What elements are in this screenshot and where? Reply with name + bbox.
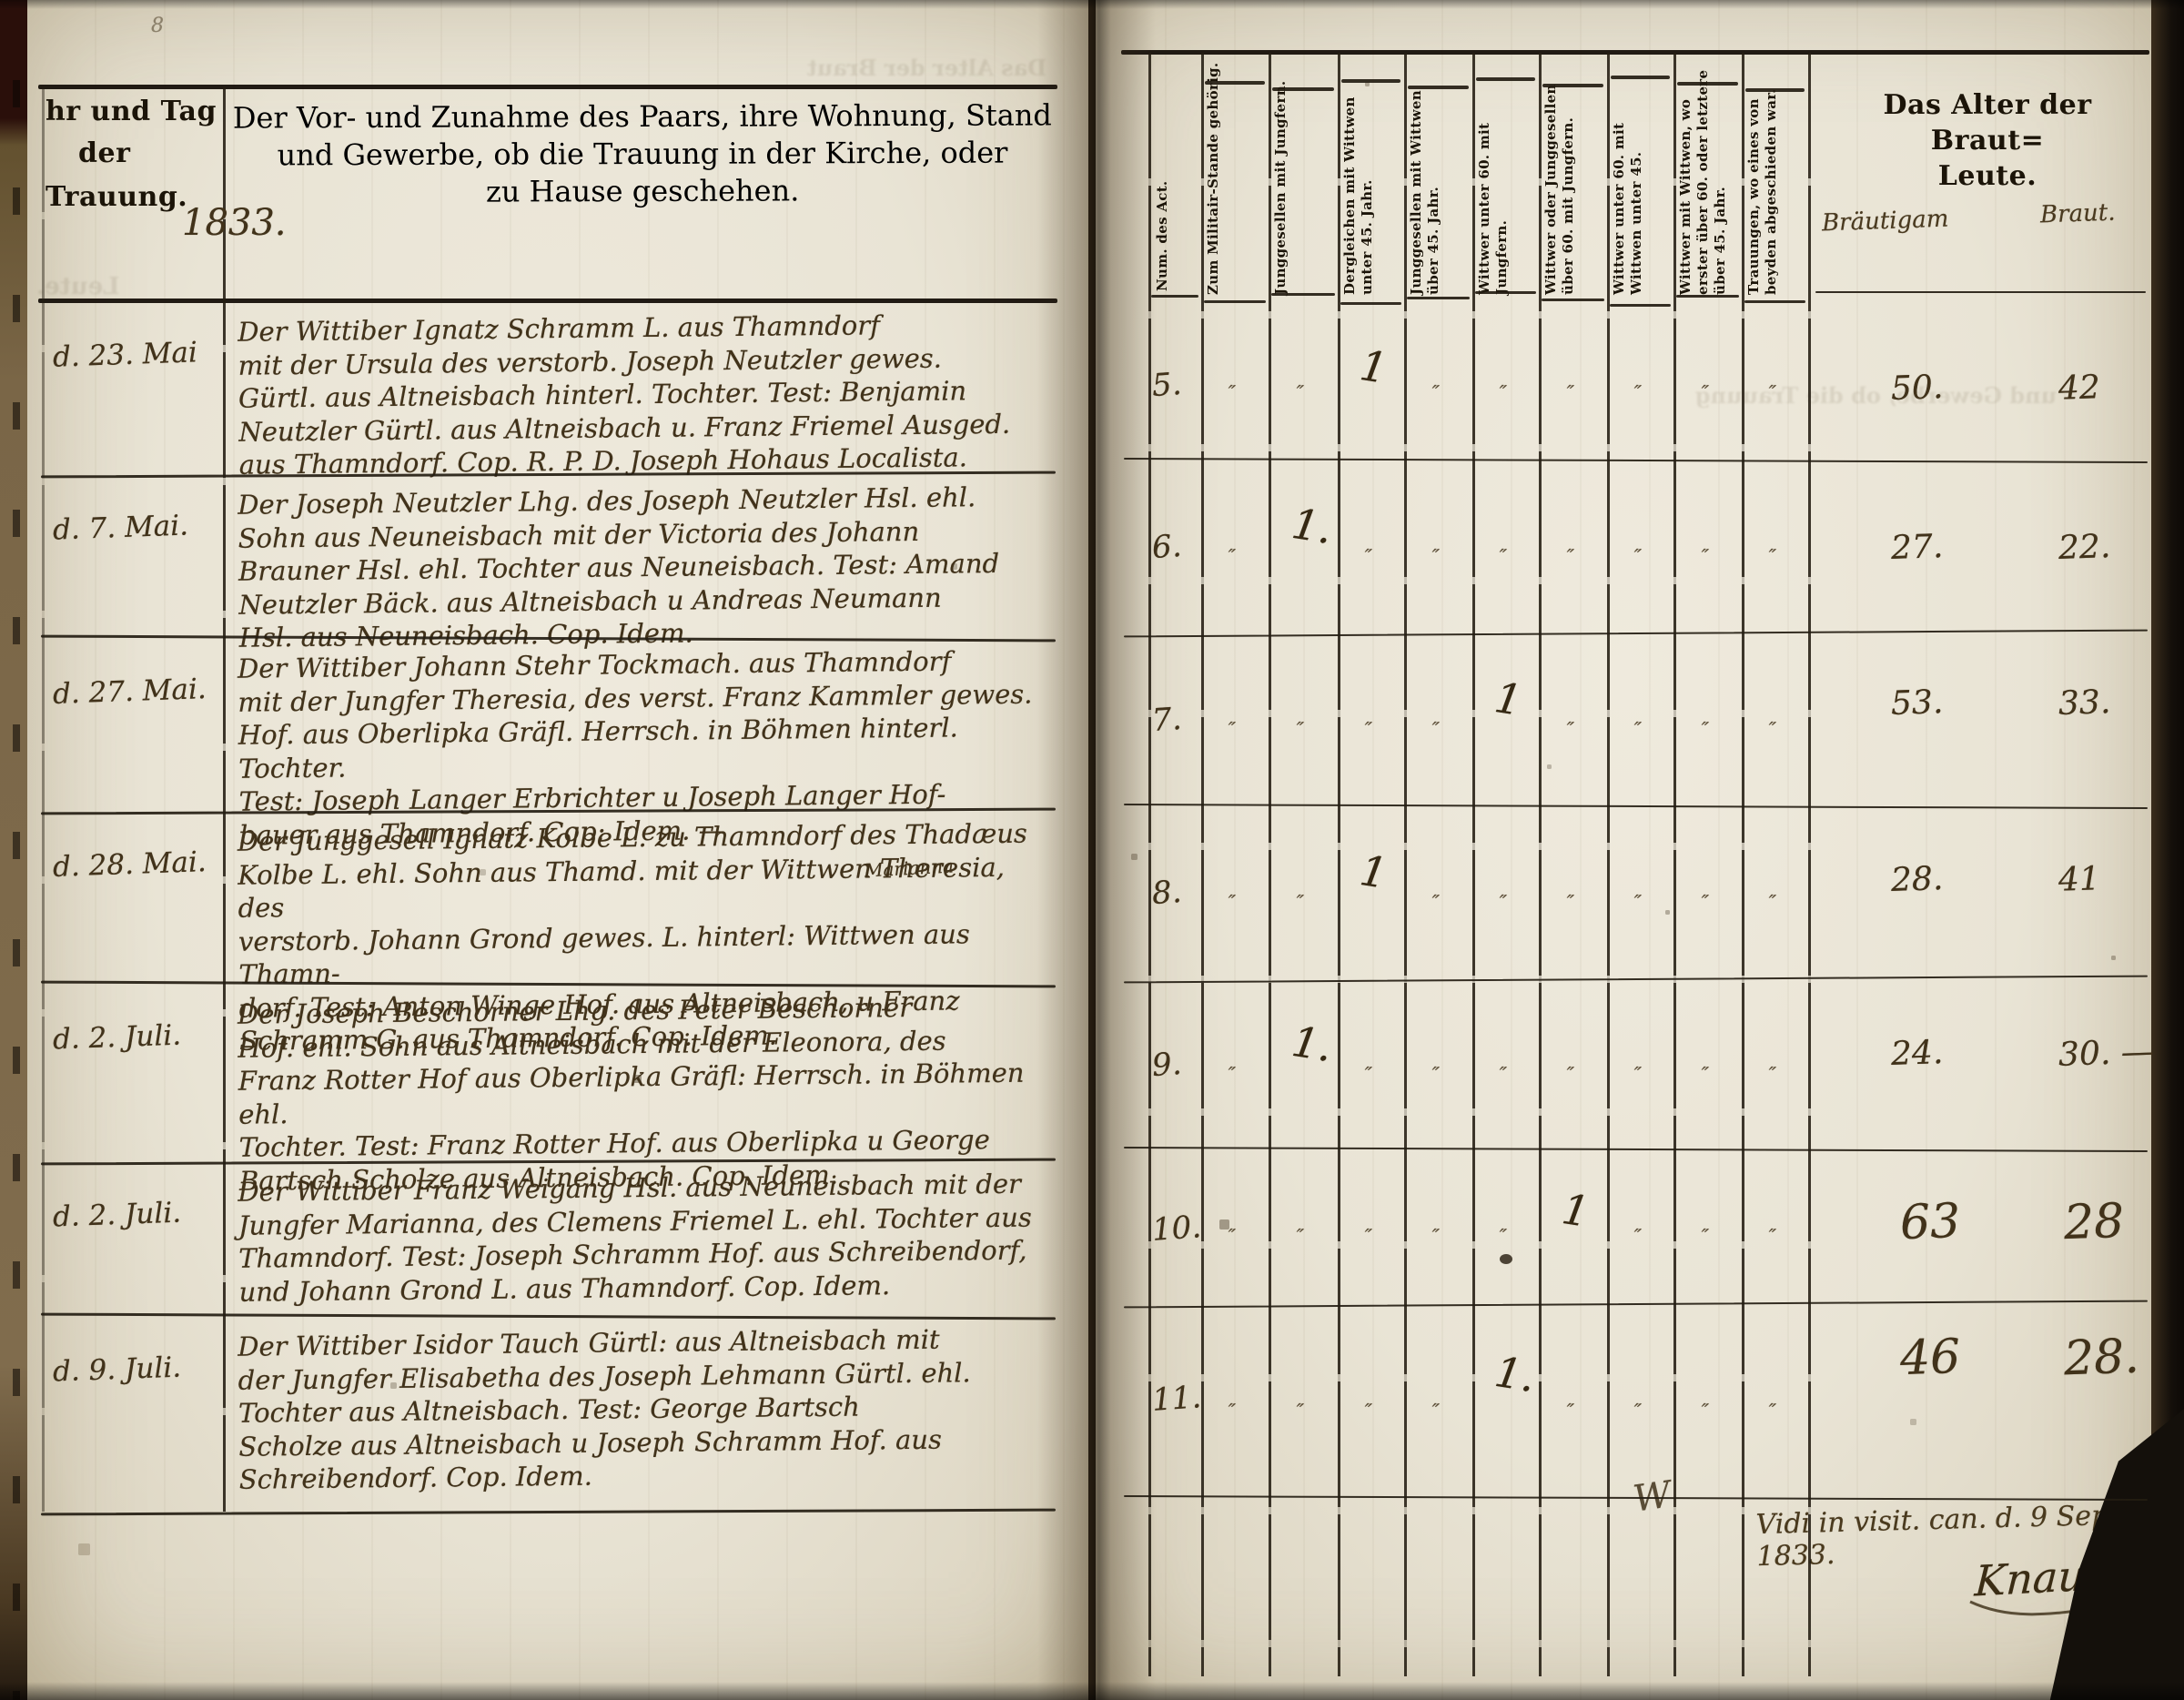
column-header-num: Num. des Act.: [1154, 109, 1171, 291]
act-number: 7.: [1151, 701, 1183, 739]
column-top-tick: [1677, 82, 1738, 86]
marriage-entry-text: Der Joseph Neutzler Lhg. des Joseph Neut…: [238, 480, 1058, 654]
act-number: 8.: [1151, 874, 1183, 912]
bride-age: 33.: [2058, 683, 2111, 723]
header-bottom-tick: [1676, 295, 1739, 298]
date-column-header-line1: hr und Tag: [45, 93, 217, 131]
header-bottom-tick: [1271, 293, 1335, 296]
names-header-line2: und Gewerbe, ob die Trauung in der Kirch…: [229, 134, 1056, 174]
column-header-wittwer-u60-wittwen-u45: Wittwer unter 60. mit Wittwen unter 45.: [1611, 60, 1672, 295]
header-bottom-tick: [1204, 300, 1266, 303]
header-bottom-tick: [1340, 302, 1401, 305]
groom-age: 63: [1899, 1194, 1961, 1250]
header-bottom-tick: [1407, 297, 1470, 299]
ink-blot: [1500, 1254, 1512, 1264]
bride-age: 22.: [2058, 528, 2111, 567]
marriage-date: d. 2. Juli.: [52, 1197, 181, 1234]
act-number: 11.: [1151, 1379, 1203, 1419]
year-annotation: 1833.: [182, 202, 287, 244]
table-left-border: [42, 86, 45, 1512]
top-edge-shadow: [0, 0, 2184, 9]
statistics-column-line: [1338, 53, 1340, 1676]
column-top-tick: [1272, 87, 1334, 91]
date-column-header-line2: der: [78, 135, 130, 173]
column-header-geschieden: Trauungen, wo eines von beyden abgeschie…: [1745, 60, 1806, 295]
groom-age: 27.: [1890, 528, 1944, 567]
column-header-wittwer-wittwen-alt: Wittwer mit Wittwen, wo erster über 60. …: [1677, 60, 1740, 295]
groom-age: 24.: [1890, 1034, 1944, 1073]
header-bottom-tick: [1475, 291, 1536, 294]
right-table-top-rule: [1121, 50, 2149, 55]
names-column-header: Der Vor- und Zunahme des Paars, ihre Woh…: [229, 96, 1056, 211]
column-header-militair: Zum Militair-Stande gehörig.: [1205, 60, 1267, 295]
column-top-tick: [1745, 88, 1805, 92]
bottom-edge-shadow: [0, 1682, 2184, 1700]
column-top-tick: [1542, 84, 1603, 87]
groom-subheader: Bräutigam: [1822, 206, 1949, 238]
marriage-date: d. 23. Mai: [52, 336, 197, 374]
column-top-tick: [1611, 76, 1670, 79]
binding-stitches: [13, 0, 20, 1700]
statistics-column-line: [1808, 53, 1811, 1676]
act-number: 5.: [1151, 366, 1183, 404]
bride-subheader: Braut.: [2040, 199, 2116, 229]
column-top-tick: [1205, 81, 1265, 85]
statistics-column-line: [1539, 53, 1542, 1676]
marriage-entry-text: Der Wittiber Isidor Tauch Gürtl: aus Alt…: [238, 1321, 1058, 1496]
tally-mark: 1.: [1289, 1017, 1336, 1071]
marriage-entry-text: Der Wittiber Franz Weigang Hsl. aus Neun…: [238, 1167, 1057, 1308]
date-column-divider: [223, 86, 226, 1512]
page-corner-mark: 8: [151, 15, 164, 37]
header-bottom-tick: [1151, 295, 1198, 298]
header-bottom-tick: [1542, 299, 1604, 301]
header-bottom-rule: [38, 299, 1057, 303]
groom-age: 28.: [1890, 860, 1944, 899]
bride-age: 30. —: [2058, 1033, 2154, 1074]
header-bottom-tick: [1610, 304, 1671, 307]
bride-age: 28: [2063, 1194, 2125, 1250]
statistics-column-line: [1472, 53, 1475, 1676]
marriage-date: d. 2. Juli.: [52, 1019, 181, 1057]
marriage-entry-text: Der Wittiber Ignatz Schramm L. aus Thamn…: [238, 307, 1058, 481]
statistics-column-line: [1269, 53, 1271, 1676]
groom-age: 46: [1899, 1330, 1961, 1386]
act-number: 9.: [1151, 1046, 1183, 1084]
marriage-date: d. 27. Mai.: [52, 673, 207, 711]
bride-age: 42: [2058, 369, 2100, 409]
column-top-tick: [1476, 77, 1535, 81]
entry-line: Hof. aus Oberlipka Gräfl. Herrsch. in Bö…: [238, 710, 1058, 784]
entry-line: Franz Rotter Hof aus Oberlipka Gräfl: He…: [238, 1056, 1058, 1130]
bleedthrough-text: und Gewerbe, ob die Trauung: [1420, 382, 2057, 409]
bleedthrough-text: Leute.: [36, 273, 119, 300]
names-header-line1: Der Vor- und Zunahme des Paars, ihre Woh…: [229, 96, 1056, 137]
age-header-line1: Das Alter der Braut=: [1827, 87, 2148, 158]
column-header-junggesellen-jungfern: Junggesellen mit Jungfern.: [1272, 60, 1336, 295]
statistics-column-line: [1607, 53, 1610, 1676]
column-top-tick: [1341, 79, 1400, 83]
act-number: 6.: [1151, 528, 1183, 566]
age-header-line2: Leute.: [1827, 158, 2148, 194]
marriage-entry-text: Der Joseph Beschorner Lhg. des Peter Bes…: [238, 989, 1058, 1197]
marriage-date: d. 28. Mai.: [52, 845, 207, 884]
column-header-junggesellen-wittwen-ue45: Junggesellen mit Wittwen über 45. Jahr.: [1408, 60, 1471, 295]
column-top-tick: [1408, 86, 1469, 89]
names-header-line3: zu Hause geschehen.: [229, 171, 1056, 211]
inserted-name-correction: Marianna: [864, 855, 954, 881]
tally-mark: 1.: [1289, 498, 1336, 552]
marriage-date: d. 9. Juli.: [52, 1351, 181, 1389]
column-header-dergleichen-wittwen-u45: Dergleichen mit Wittwen unter 45. Jahr.: [1341, 60, 1402, 295]
groom-age: 50.: [1890, 369, 1944, 408]
marriage-date: d. 7. Mai.: [52, 509, 188, 546]
statistics-column-line: [1742, 53, 1744, 1676]
bleedthrough-text: Das Alter der Braut: [227, 55, 1046, 81]
act-number: 10.: [1151, 1209, 1203, 1249]
tally-mark: 1.: [1491, 1347, 1539, 1401]
header-bottom-tick: [1744, 300, 1805, 303]
column-header-wittwer-ue60-jungfern: Wittwer oder Junggesellen über 60. mit J…: [1542, 60, 1605, 295]
bride-age: 28.: [2063, 1329, 2140, 1386]
statistics-column-line: [1201, 53, 1204, 1676]
bride-age: 41: [2058, 860, 2100, 899]
column-header-wittwer-u60-jungfern: Wittwer unter 60. mit Jungfern.: [1476, 60, 1537, 295]
groom-age: 53.: [1890, 683, 1944, 723]
date-column-header-line3: Trauung.: [45, 178, 187, 217]
register-book-spread: Leute. Das Alter der Braut und Gewerbe, …: [0, 0, 2184, 1700]
entry-line: verstorb. Johann Grond gewes. L. hinterl…: [238, 916, 1058, 991]
table-top-rule: [38, 85, 1057, 89]
age-header-rule: [1815, 291, 2146, 293]
age-column-header: Das Alter der Braut= Leute.: [1827, 87, 2148, 194]
